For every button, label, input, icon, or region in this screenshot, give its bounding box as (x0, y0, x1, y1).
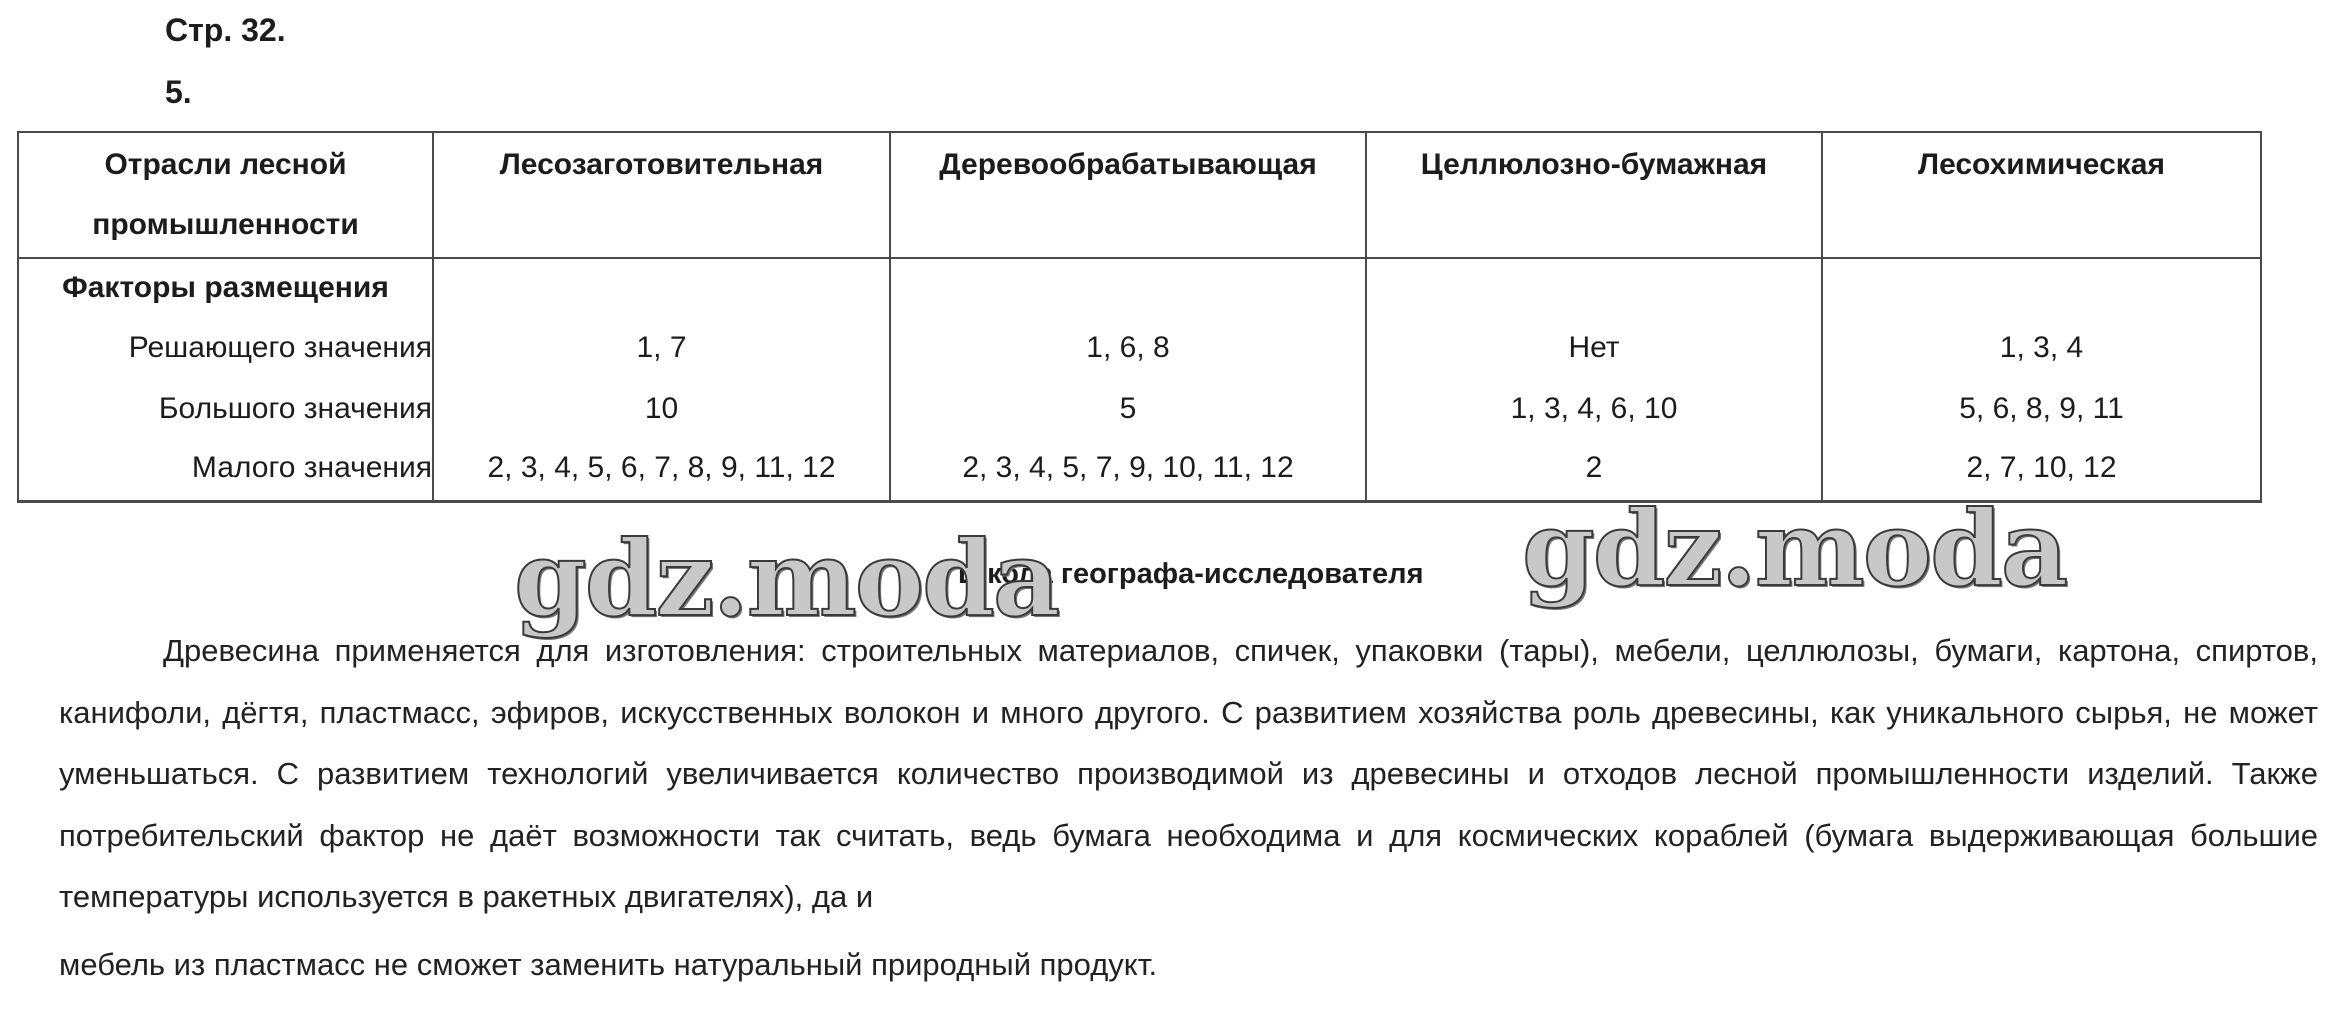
placement-factors-title: Факторы размещения (19, 259, 432, 317)
column-header-pulp-paper: Целлюлозно-бумажная (1366, 132, 1822, 258)
row-label: Большого значения (18, 378, 433, 439)
table-cell: 1, 3, 4, 6, 10 (1366, 378, 1822, 439)
corner-header-line-1: Отрасли лесной (19, 135, 432, 195)
row-label: Решающего значения (18, 317, 433, 378)
table-cell: 2, 3, 4, 5, 6, 7, 8, 9, 11, 12 (433, 439, 890, 502)
section-title-row: Факторы размещения (18, 258, 2261, 317)
table-cell: 1, 6, 8 (890, 317, 1366, 378)
table-cell: 1, 3, 4 (1822, 317, 2261, 378)
table-row: Большого значения 10 5 1, 3, 4, 6, 10 5,… (18, 378, 2261, 439)
forest-industry-factors-table: Отрасли лесной промышленности Лесозагото… (17, 131, 2262, 503)
task-number: 5. (165, 76, 192, 108)
paragraph-last-line: мебель из пластмасс не сможет заменить н… (59, 934, 2318, 996)
empty-cell (1366, 258, 1822, 317)
table-row: Решающего значения 1, 7 1, 6, 8 Нет 1, 3… (18, 317, 2261, 378)
paragraph-main-text: Древесина применяется для изготовления: … (59, 633, 2318, 914)
table-cell: 5, 6, 8, 9, 11 (1822, 378, 2261, 439)
watermark-logo: gdz.moda (514, 527, 1058, 631)
empty-cell (1822, 258, 2261, 317)
section-title-cell: Факторы размещения (18, 258, 433, 317)
empty-cell (433, 258, 890, 317)
table-cell: 10 (433, 378, 890, 439)
corner-header-line-2: промышленности (19, 195, 432, 255)
table-cell: 1, 7 (433, 317, 890, 378)
watermark-logo: gdz.moda (1522, 497, 2066, 601)
column-header-logging: Лесозаготовительная (433, 132, 890, 258)
column-header-woodworking: Деревообрабатывающая (890, 132, 1366, 258)
body-paragraph: Древесина применяется для изготовления: … (59, 620, 2318, 995)
table-cell: Нет (1366, 317, 1822, 378)
table-cell: 5 (890, 378, 1366, 439)
empty-cell (890, 258, 1366, 317)
column-header-wood-chemical: Лесохимическая (1822, 132, 2261, 258)
corner-header: Отрасли лесной промышленности (18, 132, 433, 258)
table-cell: 2, 3, 4, 5, 7, 9, 10, 11, 12 (890, 439, 1366, 502)
page-reference: Стр. 32. (165, 14, 286, 46)
table-header-row: Отрасли лесной промышленности Лесозагото… (18, 132, 2261, 258)
row-label: Малого значения (18, 439, 433, 502)
